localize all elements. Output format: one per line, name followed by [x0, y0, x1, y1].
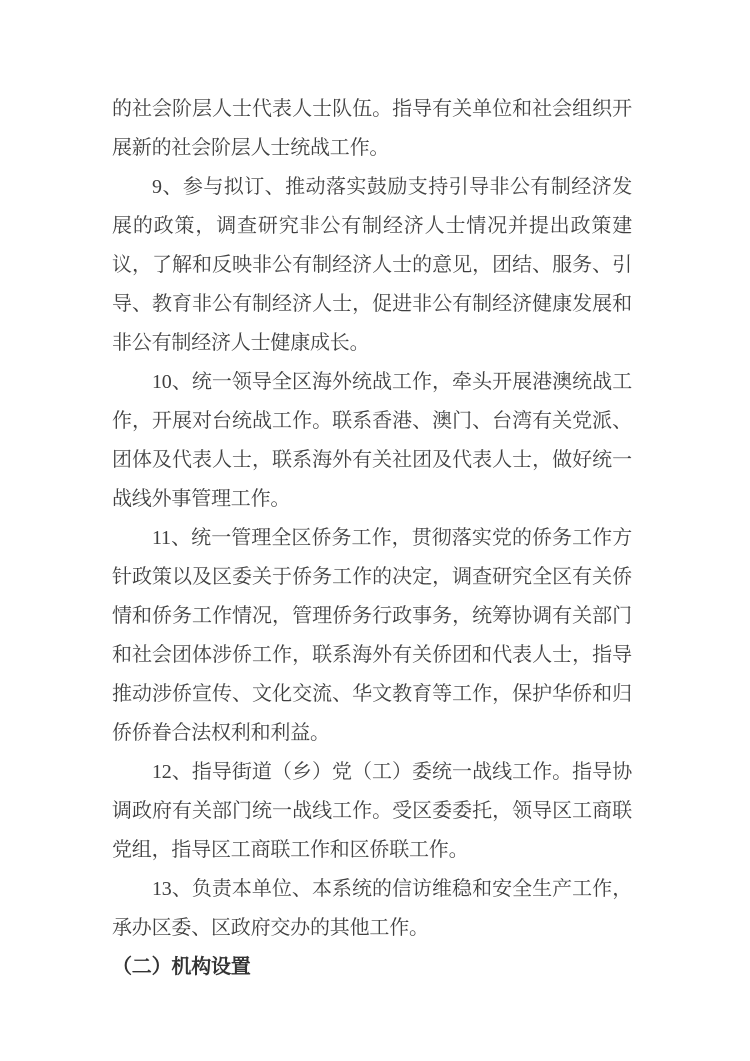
duty-item-10: 10、统一领导全区海外统战工作，牵头开展港澳统战工作，开展对台统战工作。联系香港…	[112, 363, 632, 519]
duty-item-11: 11、统一管理全区侨务工作，贯彻落实党的侨务工作方针政策以及区委关于侨务工作的决…	[112, 519, 632, 753]
paragraph-continuation: 的社会阶层人士代表人士队伍。指导有关单位和社会组织开展新的社会阶层人士统战工作。	[112, 90, 632, 168]
duty-item-9: 9、参与拟订、推动落实鼓励支持引导非公有制经济发展的政策，调查研究非公有制经济人…	[112, 168, 632, 363]
document-page: 的社会阶层人士代表人士队伍。指导有关单位和社会组织开展新的社会阶层人士统战工作。…	[0, 0, 750, 1061]
duty-item-12: 12、指导街道（乡）党（工）委统一战线工作。指导协调政府有关部门统一战线工作。受…	[112, 753, 632, 870]
document-body: 的社会阶层人士代表人士队伍。指导有关单位和社会组织开展新的社会阶层人士统战工作。…	[112, 90, 632, 987]
section-heading-organization-setup: （二）机构设置	[112, 948, 632, 987]
duty-item-13: 13、负责本单位、本系统的信访维稳和安全生产工作，承办区委、区政府交办的其他工作…	[112, 870, 632, 948]
